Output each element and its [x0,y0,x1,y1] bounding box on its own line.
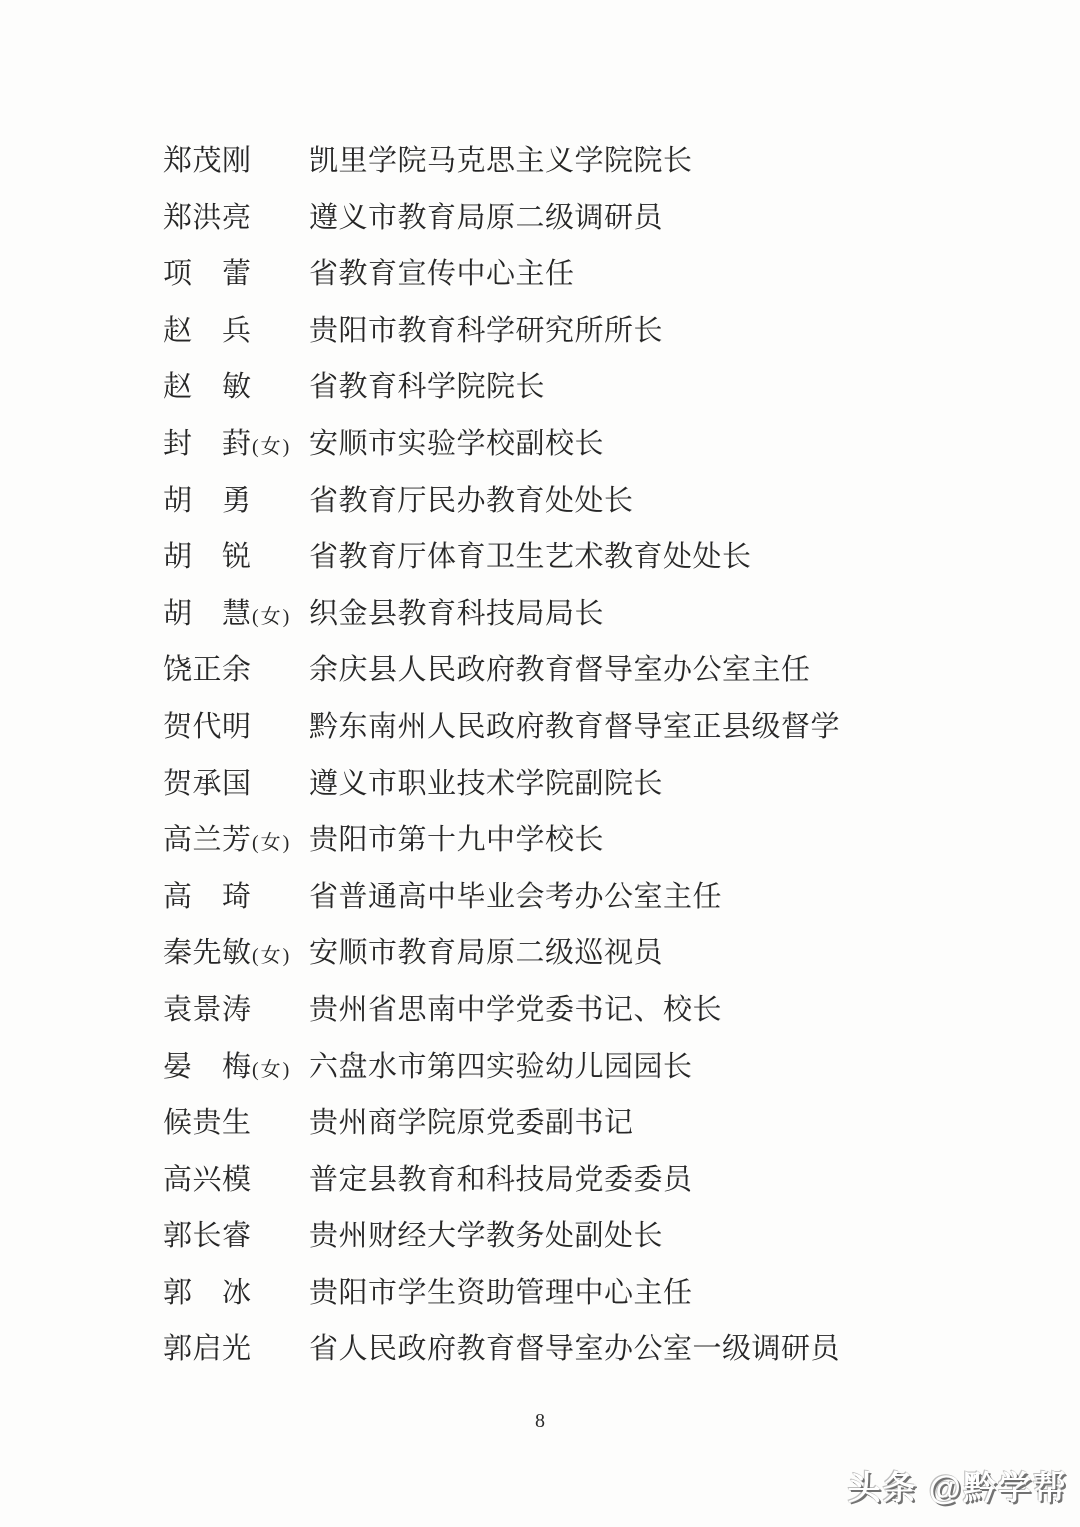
award-name-list: 郑茂刚凯里学院马克思主义学院院长郑洪亮遵义市教育局原二级调研员项蕾省教育宣传中心… [163,146,1040,1391]
person-name: 候贵生 [163,1108,251,1138]
list-item: 秦先敏(女)安顺市教育局原二级巡视员 [163,938,1040,995]
person-title: 省教育厅体育卫生艺术教育处处长 [309,542,752,572]
gender-marker: (女) [251,833,309,854]
person-title: 安顺市实验学校副校长 [309,429,604,459]
person-title: 省教育科学院院长 [309,372,545,402]
person-title: 织金县教育科技局局长 [309,599,604,629]
list-item: 饶正余余庆县人民政府教育督导室办公室主任 [163,655,1040,712]
list-item: 赵敏省教育科学院院长 [163,372,1040,429]
person-name: 贺承国 [163,769,251,799]
person-name: 郭启光 [163,1334,251,1364]
gender-marker: (女) [251,946,309,967]
gender-marker: (女) [251,437,309,458]
person-name: 袁景涛 [163,995,251,1025]
person-name: 晏梅 [163,1052,251,1082]
list-item: 郭冰贵阳市学生资助管理中心主任 [163,1278,1040,1335]
list-item: 项蕾省教育宣传中心主任 [163,259,1040,316]
person-title: 余庆县人民政府教育督导室办公室主任 [309,655,811,685]
person-title: 贵州财经大学教务处副处长 [309,1221,663,1251]
person-title: 遵义市教育局原二级调研员 [309,203,663,233]
person-title: 省普通高中毕业会考办公室主任 [309,882,722,912]
list-item: 赵兵贵阳市教育科学研究所所长 [163,316,1040,373]
list-item: 袁景涛贵州省思南中学党委书记、校长 [163,995,1040,1052]
person-name: 高琦 [163,882,251,912]
list-item: 候贵生贵州商学院原党委副书记 [163,1108,1040,1165]
person-name: 郭长睿 [163,1221,251,1251]
person-name: 胡慧 [163,599,251,629]
person-title: 贵州商学院原党委副书记 [309,1108,634,1138]
person-title: 贵阳市学生资助管理中心主任 [309,1278,693,1308]
person-title: 省人民政府教育督导室办公室一级调研员 [309,1334,840,1364]
person-title: 安顺市教育局原二级巡视员 [309,938,663,968]
person-name: 郭冰 [163,1278,251,1308]
list-item: 晏梅(女)六盘水市第四实验幼儿园园长 [163,1052,1040,1109]
person-name: 胡勇 [163,486,251,516]
person-name: 高兴模 [163,1165,251,1195]
person-name: 高兰芳 [163,825,251,855]
page-number: 8 [0,1410,1080,1433]
gender-marker: (女) [251,1060,309,1081]
list-item: 高兰芳(女)贵阳市第十九中学校长 [163,825,1040,882]
person-name: 饶正余 [163,655,251,685]
person-title: 贵阳市教育科学研究所所长 [309,316,663,346]
list-item: 郑洪亮遵义市教育局原二级调研员 [163,203,1040,260]
list-item: 封葑(女)安顺市实验学校副校长 [163,429,1040,486]
person-title: 贵阳市第十九中学校长 [309,825,604,855]
person-title: 贵州省思南中学党委书记、校长 [309,995,722,1025]
person-name: 赵兵 [163,316,251,346]
list-item: 胡锐省教育厅体育卫生艺术教育处处长 [163,542,1040,599]
document-page: 郑茂刚凯里学院马克思主义学院院长郑洪亮遵义市教育局原二级调研员项蕾省教育宣传中心… [0,0,1080,1527]
person-name: 赵敏 [163,372,251,402]
toutiao-watermark: 头条 @黔学帮 [848,1462,1068,1509]
list-item: 贺代明黔东南州人民政府教育督导室正县级督学 [163,712,1040,769]
list-item: 郭启光省人民政府教育督导室办公室一级调研员 [163,1334,1040,1391]
person-name: 胡锐 [163,542,251,572]
list-item: 郑茂刚凯里学院马克思主义学院院长 [163,146,1040,203]
person-name: 郑洪亮 [163,203,251,233]
list-item: 贺承国遵义市职业技术学院副院长 [163,769,1040,826]
person-title: 凯里学院马克思主义学院院长 [309,146,693,176]
person-title: 黔东南州人民政府教育督导室正县级督学 [309,712,840,742]
person-name: 封葑 [163,429,251,459]
person-name: 项蕾 [163,259,251,289]
person-name: 贺代明 [163,712,251,742]
person-title: 普定县教育和科技局党委委员 [309,1165,693,1195]
gender-marker: (女) [251,607,309,628]
person-title: 遵义市职业技术学院副院长 [309,769,663,799]
person-name: 郑茂刚 [163,146,251,176]
list-item: 高琦省普通高中毕业会考办公室主任 [163,882,1040,939]
list-item: 胡勇省教育厅民办教育处处长 [163,486,1040,543]
list-item: 胡慧(女)织金县教育科技局局长 [163,599,1040,656]
person-title: 省教育厅民办教育处处长 [309,486,634,516]
list-item: 高兴模普定县教育和科技局党委委员 [163,1165,1040,1222]
list-item: 郭长睿贵州财经大学教务处副处长 [163,1221,1040,1278]
person-title: 省教育宣传中心主任 [309,259,575,289]
person-name: 秦先敏 [163,938,251,968]
person-title: 六盘水市第四实验幼儿园园长 [309,1052,693,1082]
